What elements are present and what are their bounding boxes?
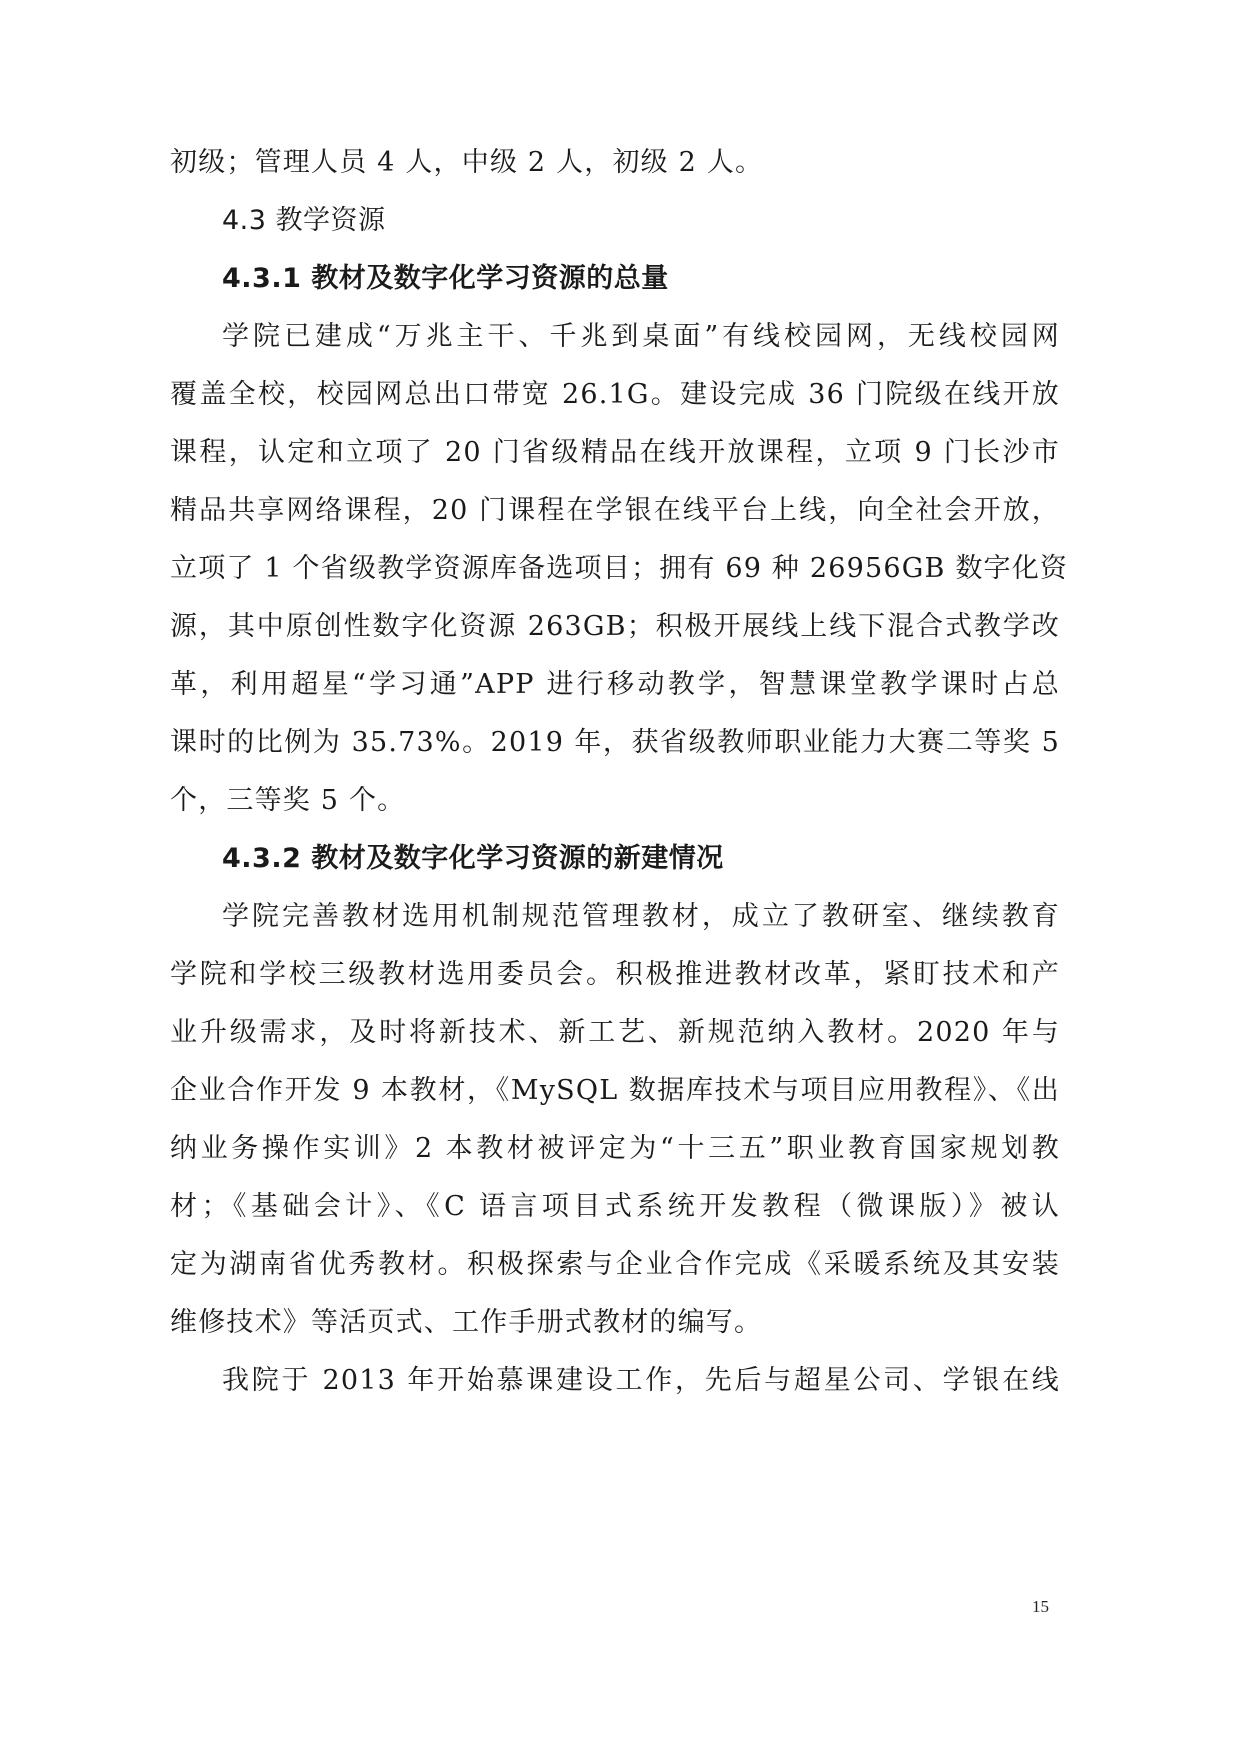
paragraph-line: 精品共享网络课程，20 门课程在学银在线平台上线，向全社会开放，	[170, 491, 1060, 531]
paragraph-line: 课时的比例为 35.73%。2019 年，获省级教师职业能力大赛二等奖 5	[170, 723, 1060, 763]
document-page: 初级；管理人员 4 人，中级 2 人，初级 2 人。 4.3 教学资源 4.3.…	[0, 0, 1240, 1754]
paragraph-line: 学院完善教材选用机制规范管理教材，成立了教研室、继续教育	[222, 897, 1060, 937]
paragraph-line: 我院于 2013 年开始慕课建设工作，先后与超星公司、学银在线	[222, 1361, 1060, 1401]
paragraph-line: 维修技术》等活页式、工作手册式教材的编写。	[170, 1303, 1060, 1343]
paragraph-line: 业升级需求，及时将新技术、新工艺、新规范纳入教材。2020 年与	[170, 1013, 1060, 1053]
section-4-3-heading: 4.3 教学资源	[222, 201, 386, 241]
paragraph-line: 立项了 1 个省级教学资源库备选项目；拥有 69 种 26956GB 数字化资	[170, 549, 1060, 589]
paragraph-line: 纳业务操作实训》2 本教材被评定为“十三五”职业教育国家规划教	[170, 1129, 1060, 1169]
paragraph-line: 革，利用超星“学习通”APP 进行移动教学，智慧课堂教学课时占总	[170, 665, 1060, 705]
section-4-3-2-heading: 4.3.2 教材及数字化学习资源的新建情况	[222, 839, 724, 879]
paragraph-line: 覆盖全校，校园网总出口带宽 26.1G。建设完成 36 门院级在线开放	[170, 375, 1060, 415]
page-number: 15	[1032, 1597, 1049, 1617]
paragraph-line: 定为湖南省优秀教材。积极探索与企业合作完成《采暖系统及其安装	[170, 1245, 1060, 1285]
paragraph-line: 源，其中原创性数字化资源 263GB；积极开展线上线下混合式教学改	[170, 607, 1060, 647]
paragraph-line: 个，三等奖 5 个。	[170, 781, 1060, 821]
section-4-3-1-heading: 4.3.1 教材及数字化学习资源的总量	[222, 259, 669, 299]
paragraph-line: 学院已建成“万兆主干、千兆到桌面”有线校园网，无线校园网	[222, 317, 1060, 357]
intro-line: 初级；管理人员 4 人，中级 2 人，初级 2 人。	[170, 143, 1060, 183]
paragraph-line: 材；《基础会计》、《C 语言项目式系统开发教程（微课版）》被认	[170, 1187, 1060, 1227]
paragraph-line: 课程，认定和立项了 20 门省级精品在线开放课程，立项 9 门长沙市	[170, 433, 1060, 473]
paragraph-line: 企业合作开发 9 本教材，《MySQL 数据库技术与项目应用教程》、《出	[170, 1071, 1060, 1111]
paragraph-line: 学院和学校三级教材选用委员会。积极推进教材改革，紧盯技术和产	[170, 955, 1060, 995]
